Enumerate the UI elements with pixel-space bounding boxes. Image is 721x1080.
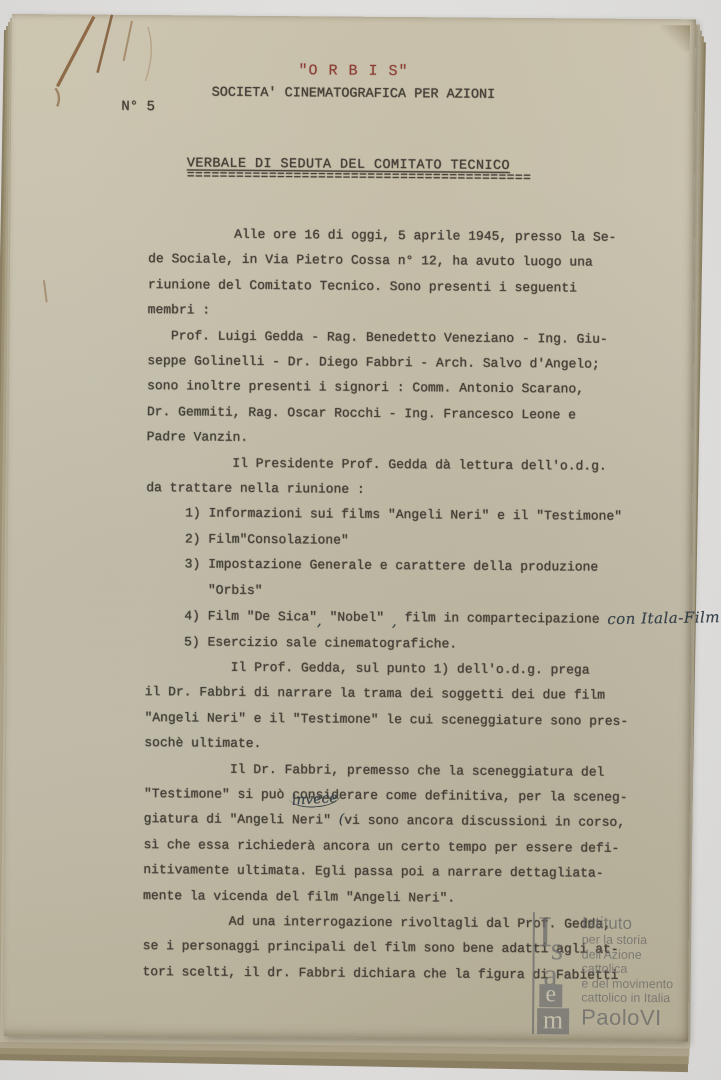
watermark-brand: PaoloVI: [581, 1005, 688, 1030]
watermark-line: e del movimento: [581, 976, 688, 991]
typed-body: Alle ore 16 di oggi, 5 aprile 1945, pres…: [142, 221, 721, 989]
archive-watermark: I s a e m Istituto per la storia dell'Az…: [532, 912, 689, 1035]
watermark-line: dell'Azione cattolica: [581, 947, 688, 977]
rust-stain: [26, 10, 168, 321]
watermark-line: cattolico in Italia: [581, 991, 688, 1006]
photo-background: "O R B I S" SOCIETA' CINEMATOGRAFICA PER…: [0, 0, 721, 1080]
watermark-line: per la storia: [582, 933, 689, 948]
document-title-block: VERBALE DI SEDUTA DEL COMITATO TECNICO =…: [187, 156, 532, 185]
typed-segment: vi sono ancora discussioni in corso,: [344, 813, 625, 830]
typed-segment: film in compartecipazione: [397, 610, 608, 627]
handwritten-comma: ,: [317, 612, 322, 630]
typed-segment: giatura di "Angeli Neri": [144, 811, 339, 828]
title-underline: ========================================…: [187, 167, 532, 185]
logo-letter-e: e: [539, 984, 562, 1007]
document-page: "O R B I S" SOCIETA' CINEMATOGRAFICA PER…: [4, 14, 696, 1041]
corner-fold: [660, 25, 690, 51]
typed-segment: "Nobel": [322, 610, 392, 626]
watermark-line: Istituto: [582, 915, 689, 934]
logo-letter-m: m: [537, 1008, 569, 1034]
document-number: N° 5: [121, 99, 155, 115]
handwritten-comma: ,: [392, 612, 397, 630]
watermark-text: Istituto per la storia dell'Azione catto…: [581, 913, 689, 1036]
handwritten-annotation-itala-film: con Itala-Film: [607, 605, 720, 632]
isacem-logo: I s a e m: [532, 912, 578, 1034]
typed-segment: 4) Film "De Sica": [145, 608, 317, 624]
